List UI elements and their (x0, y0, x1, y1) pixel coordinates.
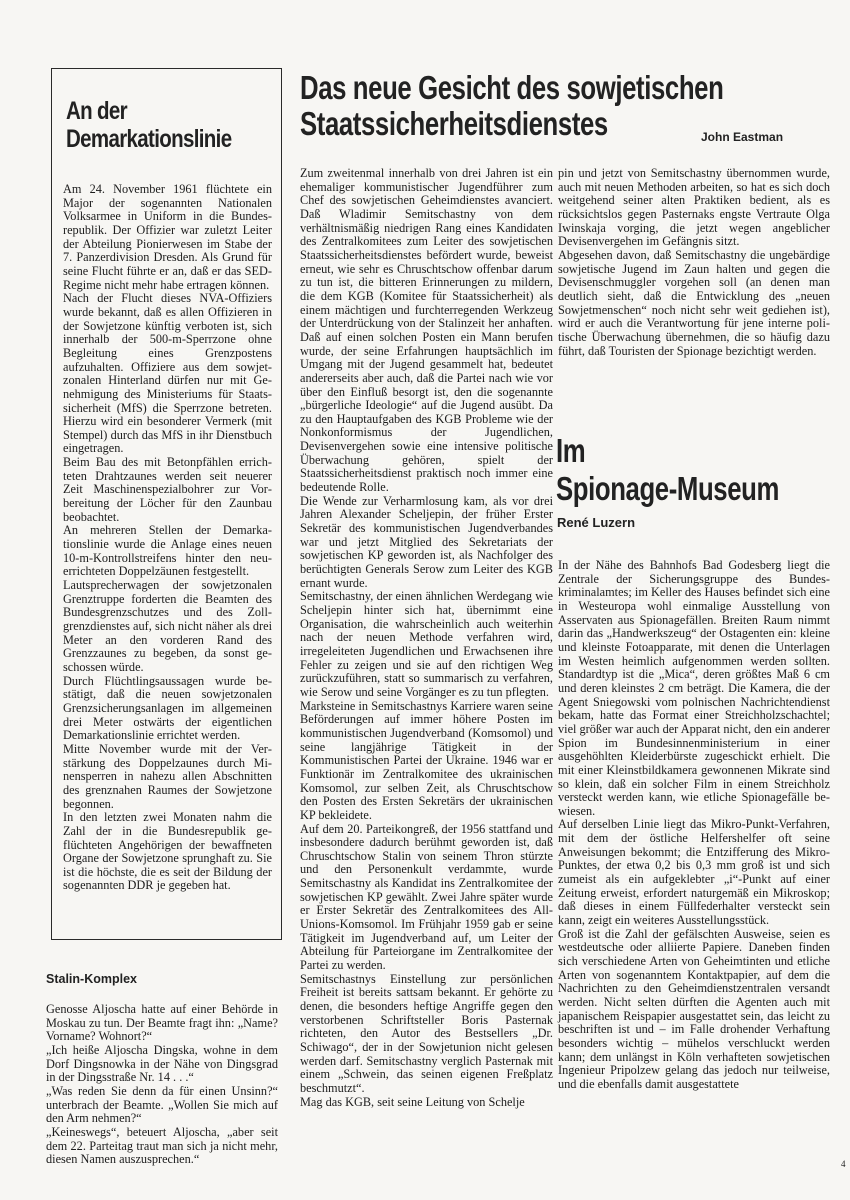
main-article-column-1: Zum zweitenmal innerhalb von drei Jahren… (300, 167, 553, 1109)
stalin-paragraph: Genosse Aljoscha hatte auf einer Behörde… (46, 1003, 278, 1044)
museum-article-body: In der Nähe des Bahnhofs Bad Godesberg l… (558, 559, 830, 1092)
stalin-komplex-heading: Stalin-Komplex (46, 972, 137, 986)
article-paragraph: Semitschastny, der einen ähnlichen Werde… (300, 590, 553, 699)
sidebar-paragraph: Lautsprecherwagen der sowjetzonalen Gren… (63, 579, 272, 675)
article-paragraph: Abgesehen davon, daß Semitschastny die u… (558, 249, 830, 358)
article-paragraph: Semitschastnys Einstellung zur persönlic… (300, 973, 553, 1096)
sidebar-paragraph: Durch Flüchtlingsaussagen wurde be­stäti… (63, 675, 272, 743)
main-article-column-2: pin und jetzt von Semitschastny übernomm… (558, 167, 830, 358)
sidebar-paragraph: An mehreren Stellen der Demarka­tionslin… (63, 524, 272, 579)
article-paragraph: Auf dem 20. Parteikongreß, der 1956 stat… (300, 823, 553, 973)
main-article-title: Das neue Gesicht des sowjetischen Staats… (300, 70, 737, 142)
sidebar-paragraph: Beim Bau des mit Betonpfählen errich­tet… (63, 456, 272, 524)
article-paragraph: Mag das KGB, seit seine Leitung von Sche… (300, 1096, 553, 1110)
sidebar-paragraph: Nach der Flucht dieses NVA-Offiziers wur… (63, 292, 272, 456)
main-article-author: John Eastman (701, 130, 783, 144)
main-title-line2: Staatssicherheitsdienstes (300, 106, 737, 142)
museum-title-line1: Im (556, 432, 790, 470)
museum-article-title: Im Spionage-Museum (556, 432, 790, 508)
main-title-line1: Das neue Gesicht des sowjetischen (300, 70, 737, 106)
museum-paragraph: In der Nähe des Bahnhofs Bad Godesberg l… (558, 559, 830, 818)
sidebar-title-line1: An der (66, 97, 246, 125)
sidebar-box-title: An der Demarkationslinie (66, 97, 246, 153)
sidebar-paragraph: In den letzten zwei Monaten nahm die Zah… (63, 811, 272, 893)
stalin-paragraph: „Was reden Sie denn da für einen Unsinn?… (46, 1085, 278, 1126)
stalin-komplex-body: Genosse Aljoscha hatte auf einer Behörde… (46, 1003, 278, 1167)
sidebar-paragraph: Am 24. November 1961 flüchtete ein Major… (63, 183, 272, 292)
sidebar-box-body: Am 24. November 1961 flüchtete ein Major… (63, 183, 272, 893)
museum-article-author: René Luzern (557, 515, 635, 530)
article-paragraph: pin und jetzt von Semitschastny übernomm… (558, 167, 830, 249)
article-paragraph: Die Wende zur Verharmlosung kam, als vor… (300, 495, 553, 591)
article-paragraph: Marksteine in Semitschastnys Karriere wa… (300, 700, 553, 823)
magazine-page: An der Demarkationslinie Am 24. November… (0, 0, 850, 1200)
stalin-paragraph: „Ich heiße Aljoscha Dingska, wohne in de… (46, 1044, 278, 1085)
museum-paragraph: Groß ist die Zahl der gefälschten Auswei… (558, 928, 830, 1092)
stalin-paragraph: „Keineswegs“, beteuert Aljoscha, „aber s… (46, 1126, 278, 1167)
article-paragraph: Zum zweitenmal innerhalb von drei Jahren… (300, 167, 553, 495)
museum-title-line2: Spionage-Museum (556, 470, 790, 508)
page-number: 4 (841, 1159, 846, 1169)
sidebar-paragraph: Mitte November wurde mit der Ver­stärkun… (63, 743, 272, 811)
sidebar-title-line2: Demarkationslinie (66, 125, 246, 153)
museum-paragraph: Auf derselben Linie liegt das Mikro-Punk… (558, 818, 830, 927)
